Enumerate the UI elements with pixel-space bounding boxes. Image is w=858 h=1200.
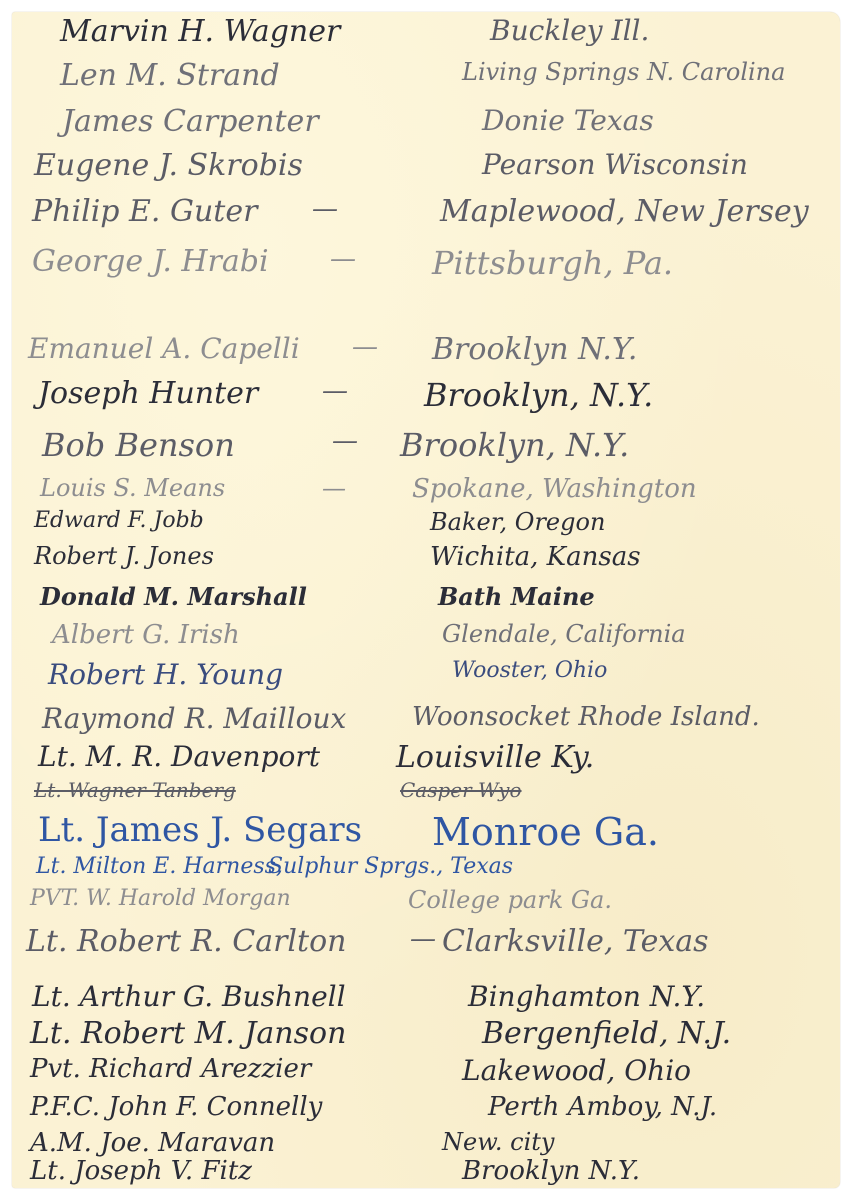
signature-card: Marvin H. Wagner Buckley Ill. Len M. Str… — [12, 12, 840, 1188]
entry-name-struck: Lt. Wagner Tanberg — [34, 778, 236, 802]
entry-place: Monroe Ga. — [432, 810, 659, 854]
entry-name: Emanuel A. Capelli — [28, 332, 300, 365]
entry-name: Lt. Milton E. Harness, — [36, 854, 283, 879]
entry-place: Lakewood, Ohio — [462, 1054, 691, 1087]
entry-name: Joseph Hunter — [38, 376, 258, 411]
entry-name: Lt. Arthur G. Bushnell — [32, 980, 346, 1013]
entry-name: James Carpenter — [62, 104, 319, 139]
entry-place: Glendale, California — [442, 620, 686, 648]
entry-place: Wichita, Kansas — [430, 542, 641, 572]
entry-name: Albert G. Irish — [52, 620, 240, 650]
entry-place: Maplewood, New Jersey — [440, 194, 809, 229]
entry-name: George J. Hrabi — [32, 244, 269, 279]
entry-name: Eugene J. Skrobis — [34, 148, 303, 183]
entry-place: College park Ga. — [408, 886, 612, 914]
entry-place: Wooster, Ohio — [452, 658, 607, 683]
entry-name: Lt. Robert M. Janson — [30, 1016, 346, 1051]
entry-name: PVT. W. Harold Morgan — [30, 886, 291, 911]
entry-name: Robert H. Young — [48, 658, 283, 691]
entry-name: Lt. Joseph V. Fitz — [30, 1156, 252, 1186]
entry-place: Donie Texas — [482, 104, 654, 137]
entry-place: Clarksville, Texas — [442, 924, 709, 959]
entry-name: Raymond R. Mailloux — [42, 702, 346, 735]
entry-place: Brooklyn, N.Y. — [424, 376, 653, 414]
entry-name: A.M. Joe. Maravan — [30, 1128, 275, 1158]
entry-name: P.F.C. John F. Connelly — [30, 1092, 322, 1122]
entry-dash: — — [312, 194, 338, 224]
entry-place: Spokane, Washington — [412, 474, 697, 504]
entry-name: Bob Benson — [42, 426, 235, 464]
entry-dash: — — [332, 426, 358, 456]
entry-place: Baker, Oregon — [430, 508, 605, 536]
entry-place: Pearson Wisconsin — [482, 148, 748, 181]
entry-place: Bergenfield, N.J. — [482, 1016, 731, 1051]
entry-place: Living Springs N. Carolina — [462, 58, 785, 86]
entry-name: Marvin H. Wagner — [60, 14, 340, 49]
entry-place: Brooklyn N.Y. — [462, 1156, 640, 1186]
entry-name: Louis S. Means — [40, 474, 225, 502]
entry-place: Woonsocket Rhode Island. — [412, 702, 760, 732]
entry-place: Pittsburgh, Pa. — [432, 244, 673, 282]
entry-place: Louisville Ky. — [396, 740, 594, 775]
entry-dash: — — [322, 376, 348, 406]
entry-place-struck: Casper Wyo — [400, 778, 522, 802]
entry-dash: — — [322, 474, 346, 502]
entry-place: Buckley Ill. — [490, 14, 649, 47]
entry-name: Lt. M. R. Davenport — [38, 740, 320, 773]
entry-place: Perth Amboy, N.J. — [488, 1092, 717, 1122]
entry-name: Pvt. Richard Arezzier — [30, 1054, 311, 1084]
entry-name: Donald M. Marshall — [40, 582, 307, 611]
entry-name: Edward F. Jobb — [34, 508, 204, 533]
entry-name: Lt. Robert R. Carlton — [26, 924, 346, 959]
entry-place: Brooklyn N.Y. — [432, 332, 637, 367]
entry-place: New. city — [442, 1128, 554, 1156]
entry-dash: — — [410, 924, 436, 954]
entry-place: Binghamton N.Y. — [468, 980, 705, 1013]
entry-dash: — — [330, 244, 356, 274]
entry-place: Sulphur Sprgs., Texas — [268, 854, 513, 879]
entry-name: Len M. Strand — [60, 58, 280, 93]
entry-place: Brooklyn, N.Y. — [400, 426, 629, 464]
entry-name: Robert J. Jones — [34, 542, 214, 570]
entry-place: Bath Maine — [438, 582, 595, 611]
entry-name: Lt. James J. Segars — [38, 810, 362, 850]
entry-name: Philip E. Guter — [32, 194, 257, 229]
entry-dash: — — [352, 332, 378, 362]
